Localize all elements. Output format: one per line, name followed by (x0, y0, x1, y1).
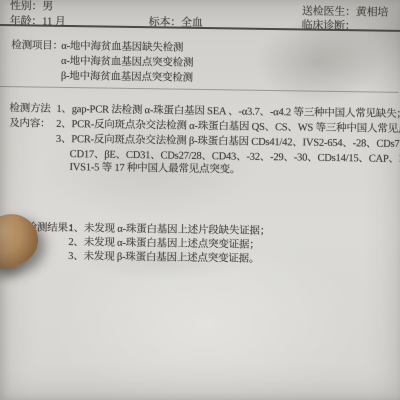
doctor-value: 黄相培 (356, 6, 389, 18)
methods-label-line1: 检测方法 (9, 100, 50, 116)
report-content: 性别：男 年龄：11 月 标本：全血 送检医生：黄相培 临床诊断： 检测项目： … (0, 0, 400, 400)
lab-report-photo: 性别：男 年龄：11 月 标本：全血 送检医生：黄相培 临床诊断： 检测项目： … (0, 0, 400, 400)
gender-value: 男 (42, 1, 53, 13)
gender-label: 性别： (10, 0, 43, 12)
section-divider-line (0, 86, 399, 93)
methods-line: IVS1-5 等 17 种中国人最常见点突变。 (69, 159, 240, 177)
age-field: 年龄：11 月 (10, 12, 66, 29)
diagnosis-field: 临床诊断： (302, 16, 356, 33)
test-item: β-地中海贫血基因点突变检测 (61, 68, 193, 85)
test-items-label: 检测项目： (11, 37, 63, 53)
methods-label-line2: 及内容： (9, 115, 50, 131)
result-line: 3、未发现 β-珠蛋白基因上述点突变证据。 (68, 248, 259, 266)
